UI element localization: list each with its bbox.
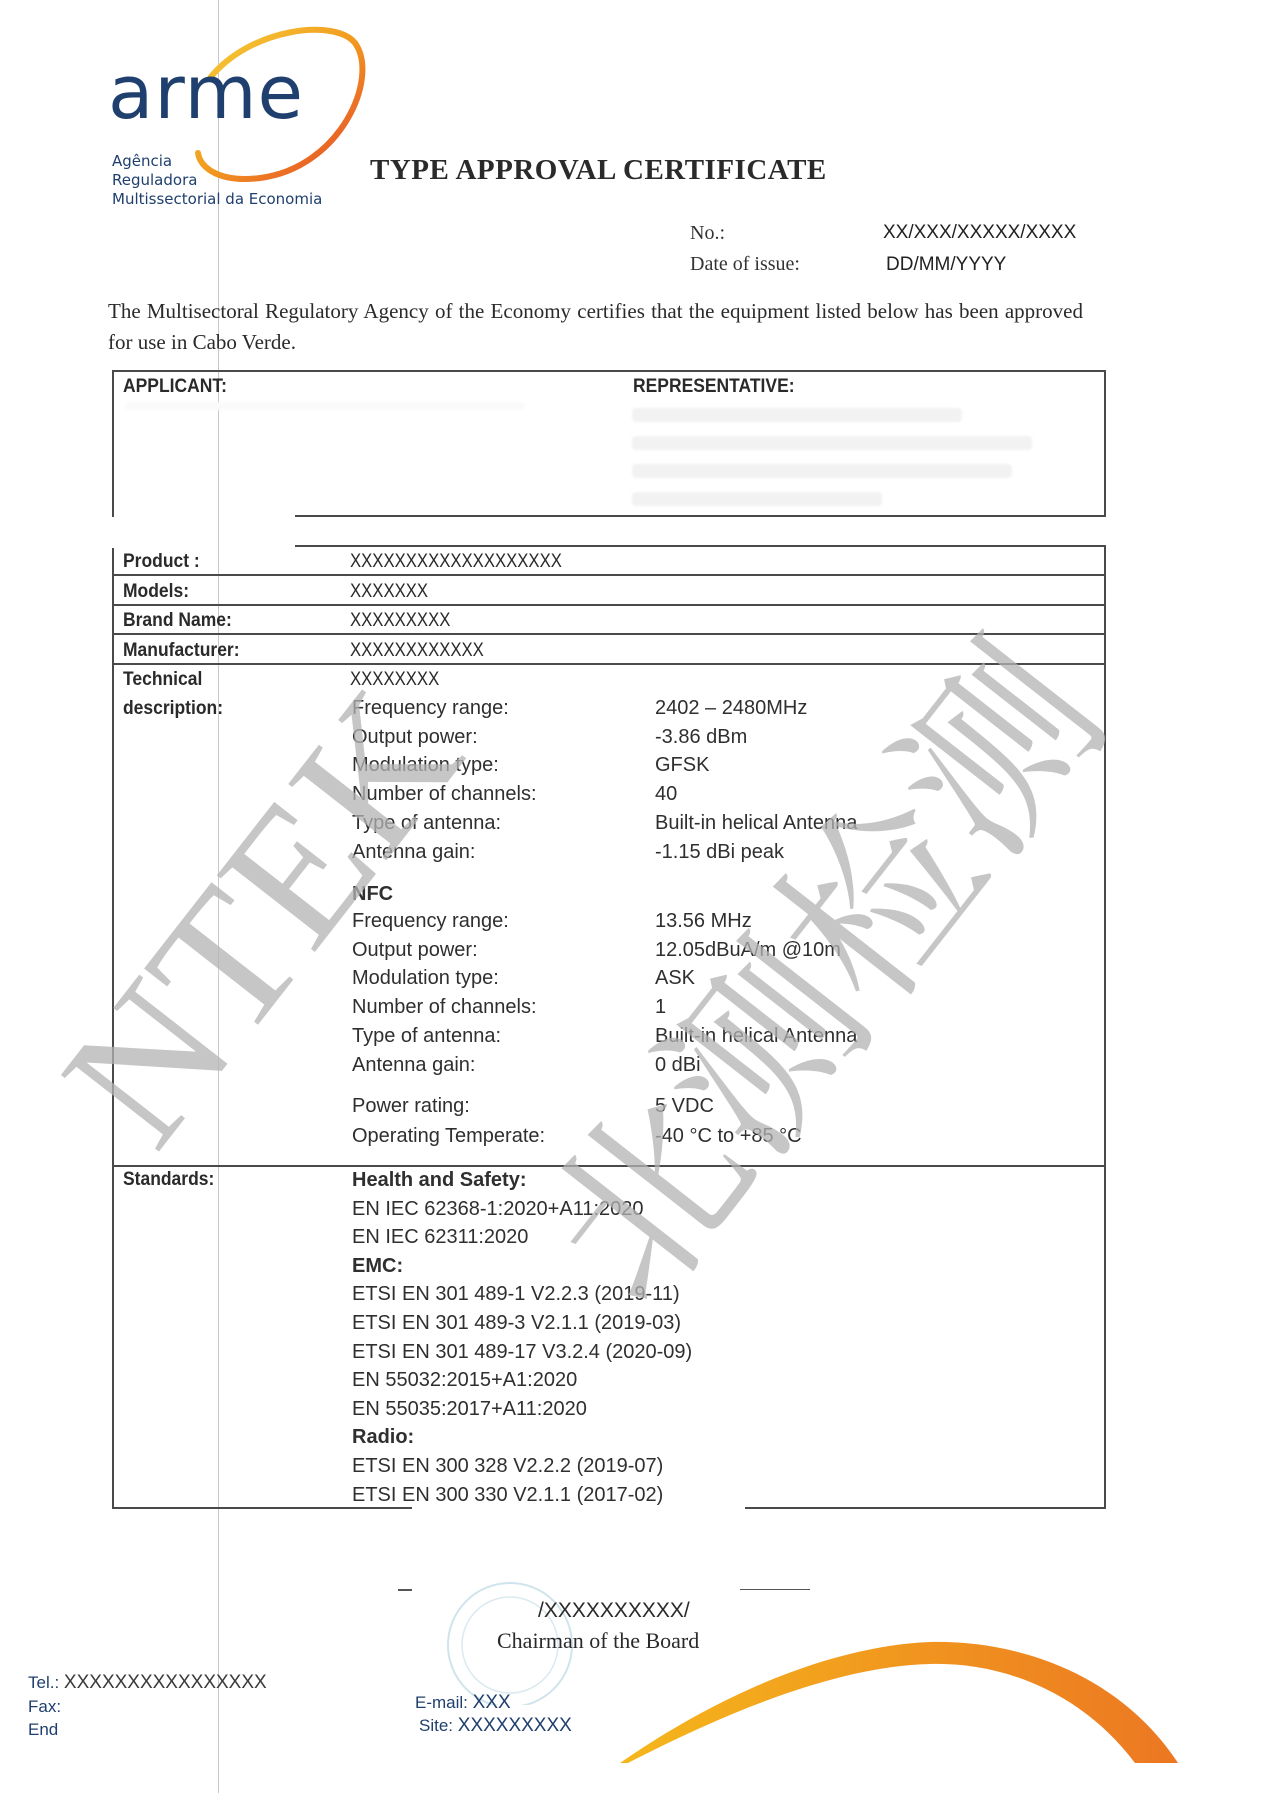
table-bottom-border-left xyxy=(112,1507,412,1509)
footer-address: End xyxy=(28,1720,58,1740)
spec-value: 13.56 MHz xyxy=(655,910,752,933)
brand-name-value: XXXXXXXXX xyxy=(350,610,450,632)
standard-item: EN IEC 62311:2020 xyxy=(352,1226,528,1249)
standard-item: ETSI EN 301 489-1 V2.2.3 (2019-11) xyxy=(352,1283,680,1306)
spec-value: 5 VDC xyxy=(655,1095,714,1118)
spec-value: -1.15 dBi peak xyxy=(655,841,784,864)
parties-box-bottom xyxy=(295,515,1106,517)
standards-group-heading: Health and Safety: xyxy=(352,1169,526,1192)
spec-key: Output power: xyxy=(352,939,478,962)
spec-key: Power rating: xyxy=(352,1095,470,1118)
manufacturer-value: XXXXXXXXXXXX xyxy=(350,640,484,662)
row-divider xyxy=(112,633,1106,635)
spec-key: Antenna gain: xyxy=(352,1054,475,1077)
spec-key: Modulation type: xyxy=(352,754,499,777)
manufacturer-label: Manufacturer: xyxy=(123,640,240,662)
table-top-border xyxy=(295,545,1106,547)
table-bottom-border-right xyxy=(745,1507,1106,1509)
technical-description-label-2: description: xyxy=(123,698,223,720)
standard-item: EN 55035:2017+A11:2020 xyxy=(352,1398,587,1421)
representative-redacted-3 xyxy=(632,464,1012,478)
spec-key: Output power: xyxy=(352,726,478,749)
spec-value: GFSK xyxy=(655,754,709,777)
standard-item: EN 55032:2015+A1:2020 xyxy=(352,1369,577,1392)
spec-value: -3.86 dBm xyxy=(655,726,747,749)
nfc-heading: NFC xyxy=(352,883,393,906)
fold-line xyxy=(218,0,219,1793)
spec-value: 12.05dBuA/m @10m xyxy=(655,939,841,962)
standards-label: Standards: xyxy=(123,1169,214,1191)
spec-value: -40 °C to +85 °C xyxy=(655,1125,802,1148)
table-right-border xyxy=(1104,545,1106,1508)
standards-group-heading: Radio: xyxy=(352,1426,414,1449)
product-label: Product : xyxy=(123,551,200,573)
brand-name-label: Brand Name: xyxy=(123,610,232,632)
technical-description-label-1: Technical xyxy=(123,669,202,691)
representative-label: REPRESENTATIVE: xyxy=(633,376,795,398)
spec-key: Antenna gain: xyxy=(352,841,475,864)
technical-description-value: XXXXXXXX xyxy=(350,669,439,691)
product-value: XXXXXXXXXXXXXXXXXXX xyxy=(350,551,562,573)
standard-item: ETSI EN 300 330 V2.1.1 (2017-02) xyxy=(352,1484,663,1507)
spec-value: Built-in helical Antenna xyxy=(655,812,857,835)
spec-key: Modulation type: xyxy=(352,967,499,990)
date-of-issue-value: DD/MM/YYYY xyxy=(886,254,1006,276)
applicant-redacted xyxy=(125,402,525,410)
spec-value: 0 dBi xyxy=(655,1054,701,1077)
footer-email: E-mail: XXX xyxy=(415,1692,511,1714)
spec-value: 2402 – 2480MHz xyxy=(655,697,807,720)
footer-tel: Tel.: XXXXXXXXXXXXXXXX xyxy=(28,1672,267,1694)
logo-subtitle: Agência Reguladora Multissectorial da Ec… xyxy=(112,152,322,209)
spec-key: Type of antenna: xyxy=(352,1025,501,1048)
spec-key: Operating Temperate: xyxy=(352,1125,545,1148)
representative-redacted-2 xyxy=(632,436,1032,450)
representative-redacted-1 xyxy=(632,408,962,422)
models-value: XXXXXXX xyxy=(350,581,428,603)
spec-value: 1 xyxy=(655,996,666,1019)
page-title: TYPE APPROVAL CERTIFICATE xyxy=(370,154,827,187)
standard-item: ETSI EN 301 489-17 V3.2.4 (2020-09) xyxy=(352,1341,692,1364)
spec-value: ASK xyxy=(655,967,695,990)
logo-wordmark: arme xyxy=(108,56,304,130)
footer-fax: Fax: xyxy=(28,1697,61,1717)
certificate-number-label: No.: xyxy=(690,222,725,245)
spec-value: 40 xyxy=(655,783,677,806)
applicant-label: APPLICANT: xyxy=(123,376,227,398)
signature-mark xyxy=(398,1589,412,1591)
standard-item: ETSI EN 301 489-3 V2.1.1 (2019-03) xyxy=(352,1312,681,1335)
row-divider xyxy=(112,574,1106,576)
representative-redacted-4 xyxy=(632,492,882,506)
spec-value: Built-in helical Antenna xyxy=(655,1025,857,1048)
standard-item: EN IEC 62368-1:2020+A11:2020 xyxy=(352,1198,644,1221)
table-left-border xyxy=(112,548,114,1508)
signature-mark xyxy=(740,1589,810,1590)
standards-divider xyxy=(112,1165,1106,1167)
intro-paragraph: The Multisectoral Regulatory Agency of t… xyxy=(108,296,1083,358)
watermark-cjk: 北测检测 xyxy=(470,581,1153,1348)
spec-key: Number of channels: xyxy=(352,783,537,806)
row-divider xyxy=(112,663,1106,665)
date-of-issue-label: Date of issue: xyxy=(690,253,800,276)
spec-key: Frequency range: xyxy=(352,910,509,933)
models-label: Models: xyxy=(123,581,189,603)
standards-group-heading: EMC: xyxy=(352,1255,403,1278)
footer-site: Site: XXXXXXXXX xyxy=(419,1715,572,1737)
row-divider xyxy=(112,604,1106,606)
spec-key: Frequency range: xyxy=(352,697,509,720)
spec-key: Type of antenna: xyxy=(352,812,501,835)
certificate-number-value: XX/XXX/XXXXX/XXXX xyxy=(883,222,1076,244)
standard-item: ETSI EN 300 328 V2.2.2 (2019-07) xyxy=(352,1455,663,1478)
spec-key: Number of channels: xyxy=(352,996,537,1019)
footer-swoosh-icon xyxy=(600,1620,1268,1793)
